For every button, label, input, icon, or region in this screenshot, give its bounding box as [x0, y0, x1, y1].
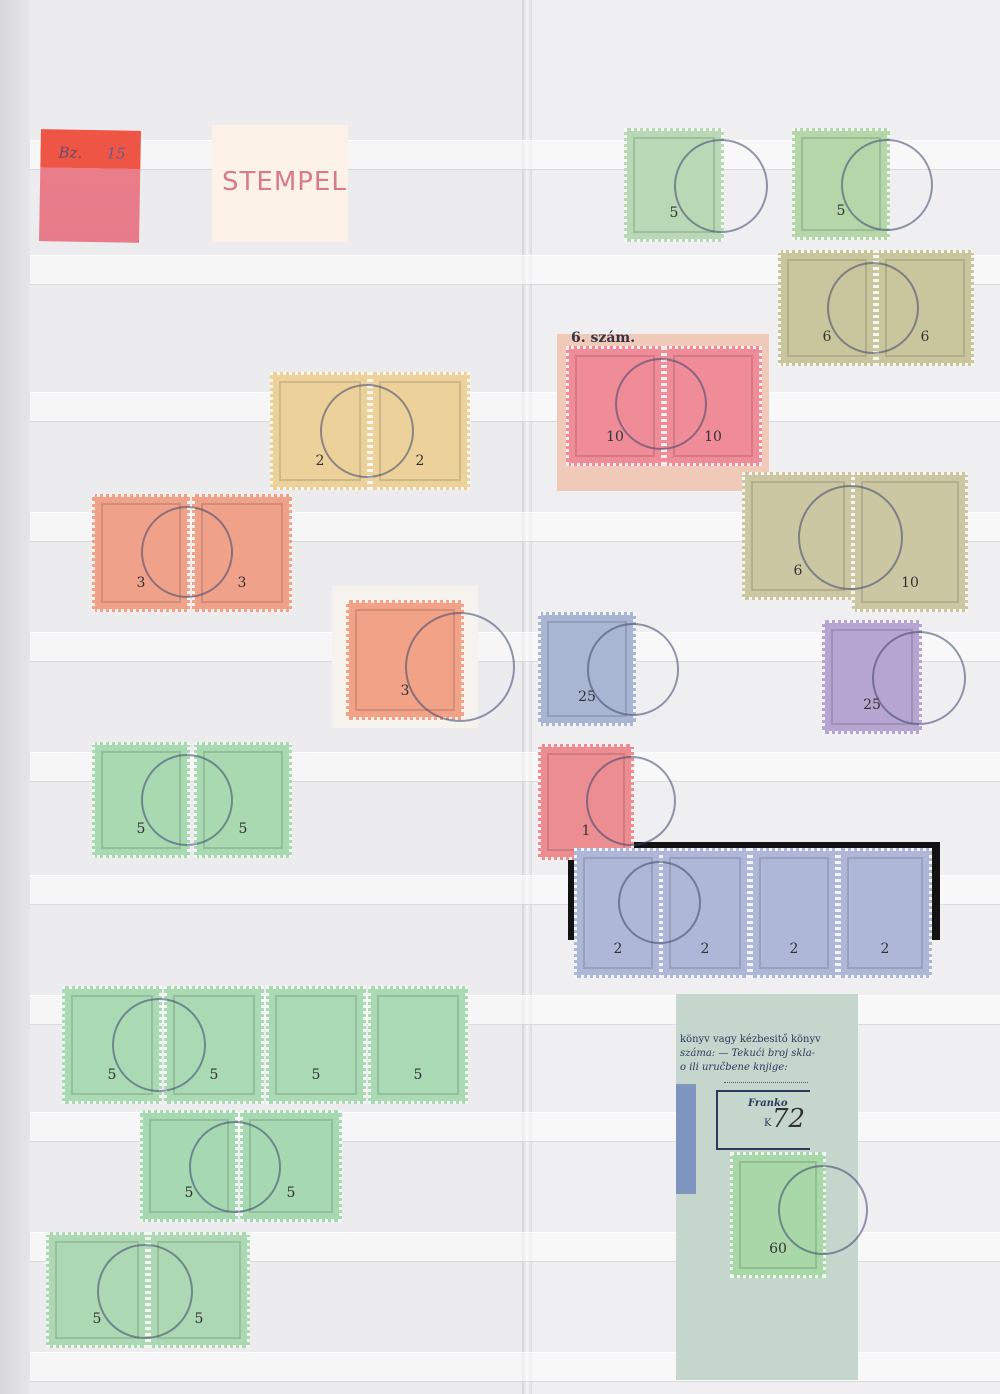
postmark-cancel: [778, 1165, 868, 1255]
postmark-cancel: [615, 358, 707, 450]
stempel-card: STEMPEL: [212, 125, 348, 242]
postmark-cancel: [141, 754, 233, 846]
postmark-cancel: [587, 623, 679, 715]
page-gutter: [522, 0, 532, 1394]
piece-text: 6. szám.: [571, 330, 635, 346]
postmark-cancel: [872, 631, 966, 725]
stamp: 2: [750, 848, 838, 978]
stamp-denomination: 5: [371, 1067, 465, 1083]
album-binding: [0, 0, 30, 1394]
postmark-cancel: [674, 139, 768, 233]
postmark-cancel: [798, 485, 903, 590]
postmark-cancel: [112, 998, 206, 1092]
form-blue-stamp-edge: [676, 1084, 696, 1194]
form-line-3: o ili uručbene knjige:: [680, 1062, 788, 1073]
stamp-denomination: 2: [577, 941, 659, 957]
stamp-denomination: 2: [841, 941, 929, 957]
stamp-denomination: 5: [269, 1067, 363, 1083]
postmark-cancel: [827, 262, 919, 354]
form-dotted-line: [724, 1082, 808, 1083]
form-line-2: száma: — Tekući broj skla-: [680, 1048, 815, 1059]
stamp: 5: [266, 986, 366, 1104]
form-amount-prefix: K: [764, 1118, 771, 1129]
postmark-cancel: [97, 1244, 193, 1340]
postmark-cancel: [841, 139, 933, 231]
red-tag-text: Bz.: [58, 143, 82, 161]
stockbook-strip: [30, 392, 1000, 422]
red-tag: Bz. 15: [39, 129, 141, 243]
stamp-denomination: 2: [753, 941, 835, 957]
postmark-cancel: [141, 506, 233, 598]
postmark-cancel: [189, 1121, 281, 1213]
postmark-cancel: [405, 612, 515, 722]
form-line-1: könyv vagy kézbesitő könyv: [680, 1034, 821, 1045]
postmark-cancel: [586, 756, 676, 846]
form-amount: 72: [772, 1104, 805, 1134]
postmark-cancel: [320, 384, 414, 478]
stamp: 2: [838, 848, 932, 978]
stempel-text: STEMPEL: [222, 167, 347, 197]
postmark-cancel: [618, 861, 701, 944]
red-tag-text-2: 15: [106, 144, 125, 162]
stamp: 5: [368, 986, 468, 1104]
stamp-denomination: 2: [663, 941, 747, 957]
